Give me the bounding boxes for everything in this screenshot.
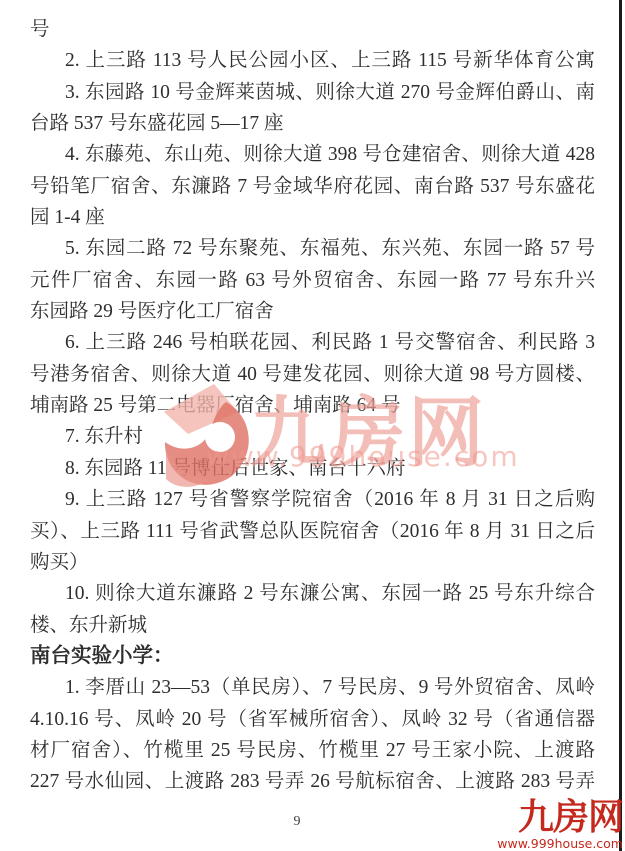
text-line: 4. 东藤苑、东山苑、则徐大道 398 号仓建宿舍、则徐大道 428 xyxy=(30,139,595,170)
section-heading: 南台实验小学： xyxy=(30,641,595,672)
text-line: 227 号水仙园、上渡路 283 号弄 26 号航标宿舍、上渡路 283 号弄 xyxy=(30,766,595,797)
site-logo-brand-text: 九房网 xyxy=(497,799,623,837)
text-line: 号 xyxy=(30,14,595,45)
text-line: 9. 上三路 127 号省警察学院宿舍（2016 年 8 月 31 日之后购 xyxy=(30,484,595,515)
site-logo-url-text: www.999house.com xyxy=(497,837,623,850)
text-line: 楼、东升新城 xyxy=(30,610,595,641)
text-line: 东园路 29 号医疗化工厂宿舍 xyxy=(30,296,595,327)
text-line: 购买） xyxy=(30,547,595,578)
text-line: 埔南路 25 号第二电器厂宿舍、埔南路 64 号 xyxy=(30,390,595,421)
text-line: 4.10.16 号、凤岭 20 号（省军械所宿舍）、凤岭 32 号（省通信器 xyxy=(30,704,595,735)
text-line: 5. 东园二路 72 号东聚苑、东福苑、东兴苑、东园一路 57 号 xyxy=(30,233,595,264)
text-line: 号港务宿舍、则徐大道 40 号建发花园、则徐大道 98 号方圆楼、 xyxy=(30,359,595,390)
text-line: 元件厂宿舍、东园一路 63 号外贸宿舍、东园一路 77 号东升兴苑、 xyxy=(30,265,595,296)
text-line: 6. 上三路 246 号柏联花园、利民路 1 号交警宿舍、利民路 3 xyxy=(30,327,595,358)
text-line: 1. 李厝山 23—53（单民房）、7 号民房、9 号外贸宿舍、凤岭 xyxy=(30,672,595,703)
text-line: 10. 则徐大道东濂路 2 号东濂公寓、东园一路 25 号东升综合 xyxy=(30,578,595,609)
site-logo: 九房网 www.999house.com xyxy=(497,799,623,850)
text-line: 买）、上三路 111 号省武警总队医院宿舍（2016 年 8 月 31 日之后 xyxy=(30,516,595,547)
text-line: 8. 东园路 11 号博仕后世家、南台十六府 xyxy=(30,453,595,484)
scan-edge-line xyxy=(619,0,622,851)
text-line: 3. 东园路 10 号金辉莱茵城、则徐大道 270 号金辉伯爵山、南 xyxy=(30,77,595,108)
scanned-document-page: 号2. 上三路 113 号人民公园小区、上三路 115 号新华体育公寓3. 东园… xyxy=(0,0,625,851)
text-line: 7. 东升村 xyxy=(30,421,595,452)
page-number: 9 xyxy=(282,814,312,830)
text-line: 材厂宿舍）、竹榄里 25 号民房、竹榄里 27 号王家小院、上渡路 xyxy=(30,735,595,766)
text-line: 号铅笔厂宿舍、东濂路 7 号金域华府花园、南台路 537 号东盛花 xyxy=(30,171,595,202)
document-body: 号2. 上三路 113 号人民公园小区、上三路 115 号新华体育公寓3. 东园… xyxy=(30,14,595,798)
text-line: 台路 537 号东盛花园 5—17 座 xyxy=(30,108,595,139)
text-line: 2. 上三路 113 号人民公园小区、上三路 115 号新华体育公寓 xyxy=(30,45,595,76)
text-line: 园 1-4 座 xyxy=(30,202,595,233)
